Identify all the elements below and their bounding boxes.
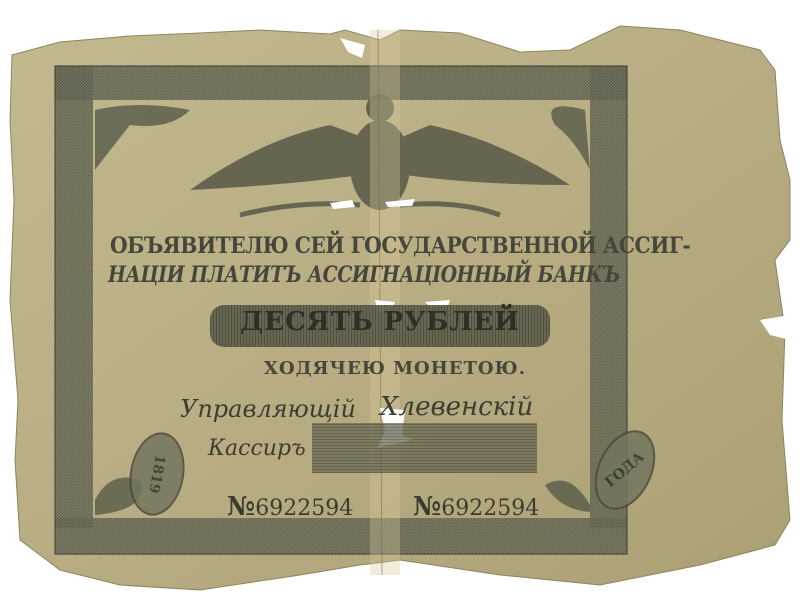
cashier-label: Кассиръ: [208, 436, 306, 461]
paper-sheet: [0, 0, 800, 608]
serial-digits: 6922594: [441, 496, 539, 521]
year-text: 1819: [146, 453, 169, 494]
promise-text-line-1: ОБЪЯВИТЕЛЮ СЕЙ ГОСУДАРСТВЕННОЙ АССИГ-: [110, 233, 653, 259]
banknote-photo: ОБЪЯВИТЕЛЮ СЕЙ ГОСУДАРСТВЕННОЙ АССИГ- НА…: [0, 0, 800, 608]
cashier-signature-area: [312, 423, 537, 473]
denomination-text: ДЕСЯТЬ РУБЛЕЙ: [210, 307, 550, 337]
serial-number-right: №6922594: [413, 492, 539, 522]
manager-signature: Хлевенскій: [380, 392, 533, 422]
currency-text: ХОДЯЧЕЮ МОНЕТОЮ.: [255, 358, 535, 379]
manager-label: Управляющій: [180, 395, 356, 423]
promise-text-line-2: НАЦІИ ПЛАТИТЪ АССИГНАЦІОННЫЙ БАНКЪ: [108, 262, 615, 288]
goda-text: ГОДА: [602, 449, 647, 491]
number-sign: №: [413, 492, 441, 522]
serial-number-left: №6922594: [227, 492, 353, 522]
number-sign: №: [227, 492, 255, 522]
serial-digits: 6922594: [255, 496, 353, 521]
